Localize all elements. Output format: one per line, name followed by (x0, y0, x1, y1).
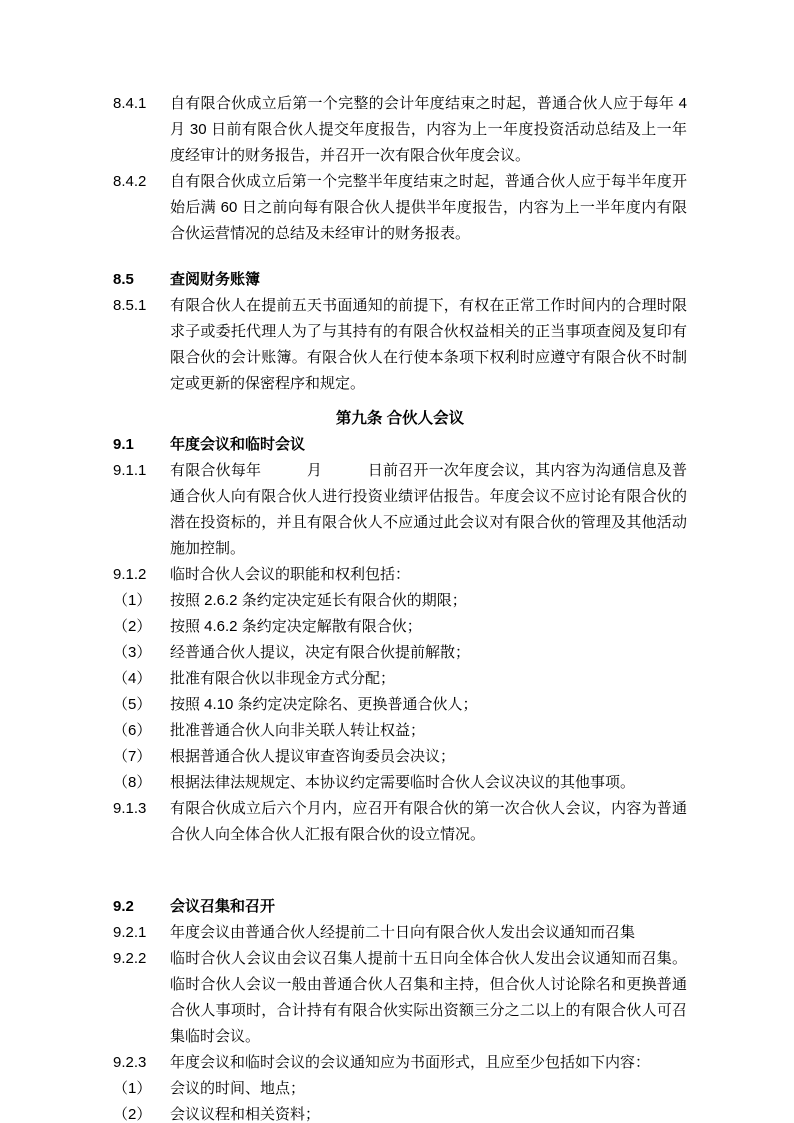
section-title: 查阅财务账簿 (170, 267, 687, 293)
clause-number: 9.2.1 (113, 920, 170, 946)
clause-row: 9.2.2 临时合伙人会议由会议召集人提前十五日向全体合伙人发出会议通知而召集。… (113, 946, 687, 1050)
section-heading-row: 9.1 年度会议和临时会议 (113, 432, 687, 458)
clause-row: 8.4.1 自有限合伙成立后第一个完整的会计年度结束之时起，普通合伙人应于每年 … (113, 91, 687, 169)
list-item-number: （2） (113, 1102, 170, 1123)
list-item-text: 会议的时间、地点； (170, 1076, 687, 1102)
list-item: （1） 按照 2.6.2 条约定决定延长有限合伙的期限； (113, 588, 687, 614)
section-heading-row: 9.2 会议召集和召开 (113, 894, 687, 920)
list-item: （8） 根据法律法规规定、本协议约定需要临时合伙人会议决议的其他事项。 (113, 770, 687, 796)
list-item-text: 经普通合伙人提议，决定有限合伙提前解散； (170, 640, 687, 666)
list-item-number: （3） (113, 640, 170, 666)
clause-text: 自有限合伙成立后第一个完整半年度结束之时起，普通合伙人应于每半年度开始后满 60… (170, 169, 687, 247)
clause-row: 8.4.2 自有限合伙成立后第一个完整半年度结束之时起，普通合伙人应于每半年度开… (113, 169, 687, 247)
list-item-number: （2） (113, 614, 170, 640)
clause-text: 有限合伙人在提前五天书面通知的前提下，有权在正常工作时间内的合理时限求子或委托代… (170, 293, 687, 397)
list-item-text: 批准普通合伙人向非关联人转让权益； (170, 718, 687, 744)
clause-number: 9.1.1 (113, 458, 170, 484)
list-item-text: 会议议程和相关资料； (170, 1102, 687, 1123)
section-title: 会议召集和召开 (170, 894, 687, 920)
list-item-text: 按照 4.6.2 条约定决定解散有限合伙； (170, 614, 687, 640)
clause-text: 年度会议和临时会议的会议通知应为书面形式，且应至少包括如下内容： (170, 1050, 687, 1076)
list-item-number: （1） (113, 588, 170, 614)
section-number: 9.1 (113, 432, 170, 458)
list-item: （5） 按照 4.10 条约定决定除名、更换普通合伙人； (113, 692, 687, 718)
list-item-text: 按照 4.10 条约定决定除名、更换普通合伙人； (170, 692, 687, 718)
clause-text: 有限合伙每年 月 日前召开一次年度会议，其内容为沟通信息及普通合伙人向有限合伙人… (170, 458, 687, 562)
list-item-number: （5） (113, 692, 170, 718)
list-item-text: 批准有限合伙以非现金方式分配； (170, 666, 687, 692)
clause-text: 临时合伙人会议的职能和权利包括： (170, 562, 687, 588)
list-item: （1） 会议的时间、地点； (113, 1076, 687, 1102)
list-item-text: 根据法律法规规定、本协议约定需要临时合伙人会议决议的其他事项。 (170, 770, 687, 796)
list-item: （3） 经普通合伙人提议，决定有限合伙提前解散； (113, 640, 687, 666)
clause-number: 9.2.3 (113, 1050, 170, 1076)
clause-number: 9.1.3 (113, 796, 170, 822)
section-number: 8.5 (113, 267, 170, 293)
list-item: （2） 会议议程和相关资料； (113, 1102, 687, 1123)
clause-number: 9.2.2 (113, 946, 170, 972)
list-item-number: （6） (113, 718, 170, 744)
list-item-text: 按照 2.6.2 条约定决定延长有限合伙的期限； (170, 588, 687, 614)
section-number: 9.2 (113, 894, 170, 920)
list-item: （4） 批准有限合伙以非现金方式分配； (113, 666, 687, 692)
clause-row: 9.2.1 年度会议由普通合伙人经提前二十日向有限合伙人发出会议通知而召集 (113, 920, 687, 946)
clause-number: 8.4.2 (113, 169, 170, 195)
clause-text: 有限合伙成立后六个月内，应召开有限合伙的第一次合伙人会议，内容为普通合伙人向全体… (170, 796, 687, 848)
section-title: 年度会议和临时会议 (170, 432, 687, 458)
list-item: （2） 按照 4.6.2 条约定决定解散有限合伙； (113, 614, 687, 640)
clause-row: 9.1.3 有限合伙成立后六个月内，应召开有限合伙的第一次合伙人会议，内容为普通… (113, 796, 687, 848)
clause-number: 9.1.2 (113, 562, 170, 588)
list-item-number: （8） (113, 770, 170, 796)
clause-row: 9.1.1 有限合伙每年 月 日前召开一次年度会议，其内容为沟通信息及普通合伙人… (113, 458, 687, 562)
clause-row: 9.2.3 年度会议和临时会议的会议通知应为书面形式，且应至少包括如下内容： (113, 1050, 687, 1076)
clause-text: 自有限合伙成立后第一个完整的会计年度结束之时起，普通合伙人应于每年 4 月 30… (170, 91, 687, 169)
list-item-number: （1） (113, 1076, 170, 1102)
clause-text: 年度会议由普通合伙人经提前二十日向有限合伙人发出会议通知而召集 (170, 920, 687, 946)
clause-number: 8.5.1 (113, 293, 170, 319)
clause-number: 8.4.1 (113, 91, 170, 117)
clause-text: 临时合伙人会议由会议召集人提前十五日向全体合伙人发出会议通知而召集。临时合伙人会… (170, 946, 687, 1050)
list-item: （7） 根据普通合伙人提议审查咨询委员会决议； (113, 744, 687, 770)
article-heading: 第九条 合伙人会议 (113, 406, 687, 432)
list-item-number: （4） (113, 666, 170, 692)
document-page: 8.4.1 自有限合伙成立后第一个完整的会计年度结束之时起，普通合伙人应于每年 … (0, 0, 794, 1123)
list-item-text: 根据普通合伙人提议审查咨询委员会决议； (170, 744, 687, 770)
list-item: （6） 批准普通合伙人向非关联人转让权益； (113, 718, 687, 744)
list-item-number: （7） (113, 744, 170, 770)
clause-row: 8.5.1 有限合伙人在提前五天书面通知的前提下，有权在正常工作时间内的合理时限… (113, 293, 687, 397)
section-heading-row: 8.5 查阅财务账簿 (113, 267, 687, 293)
clause-row: 9.1.2 临时合伙人会议的职能和权利包括： (113, 562, 687, 588)
